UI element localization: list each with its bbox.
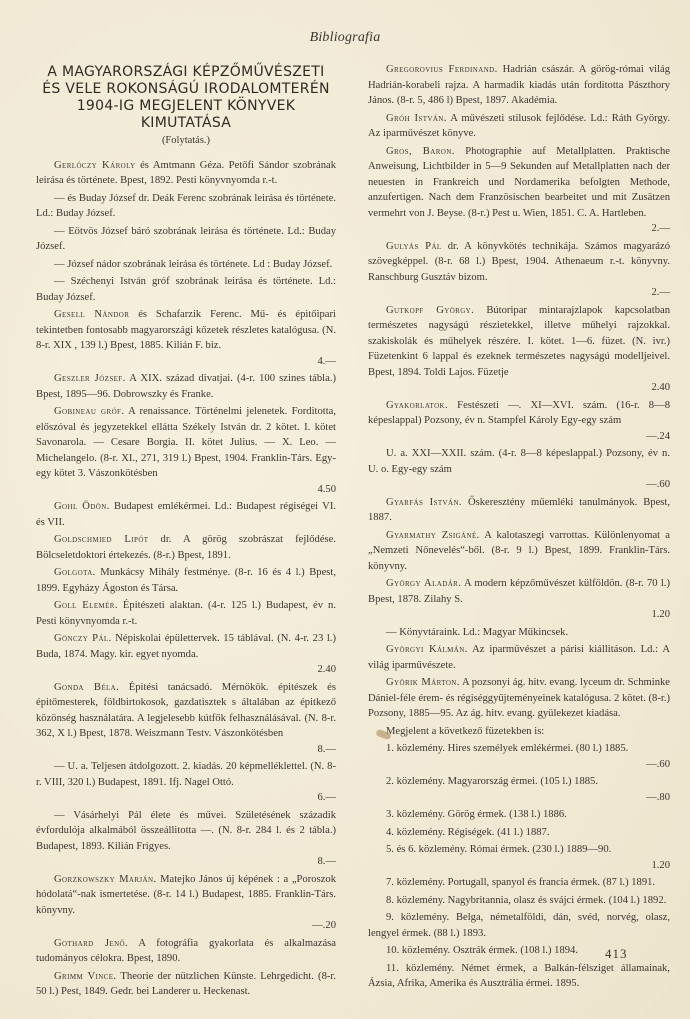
running-head: Bibliografia xyxy=(0,30,690,46)
bibliography-entry: — Könyvtáraink. Ld.: Magyar Műkincsek. xyxy=(368,625,670,641)
entry-text: 5. és 6. közlemény. Római érmek. (230 l.… xyxy=(386,844,611,855)
entry-text: 3. közlemény. Görög érmek. (138 l.) 1886… xyxy=(386,809,567,820)
entry-text: — és Buday József dr. Deák Ferenc szobrá… xyxy=(36,193,336,220)
entry-price: —.60 xyxy=(368,757,670,773)
entry-author: Gros, Baron. xyxy=(386,146,455,157)
entry-author: Goll Elemér. xyxy=(54,600,118,611)
bibliography-entry: Megjelent a következő füzetekben is: xyxy=(368,724,670,740)
entry-text: — József nádor szobrának leirása és tört… xyxy=(54,259,332,270)
bibliography-entry: 8. közlemény. Nagybritannia, olasz és sv… xyxy=(368,893,670,909)
entry-author: Györik Márton. xyxy=(386,677,460,688)
bibliography-entry: Gobineau gróf. A renaissance. Történelmi… xyxy=(36,404,336,497)
right-column: Gregorovius Ferdinand. Hadrián császár. … xyxy=(368,62,670,994)
left-entries: Gerlóczy Károly és Amtmann Géza. Petőfi … xyxy=(36,158,336,1000)
entry-author: Györgyi Kálmán. xyxy=(386,644,468,655)
entry-price: —.80 xyxy=(368,790,670,806)
entry-author: Gyarmathy Zsigáné. xyxy=(386,530,480,541)
bibliography-entry: 2. közlemény. Magyarország érmei. (105 l… xyxy=(368,774,670,805)
entry-author: Gulyás Pál xyxy=(386,241,442,252)
entry-price: 4.— xyxy=(36,354,336,370)
bibliography-entry: Gutkopf György. Bútoripar mintarajzlapok… xyxy=(368,303,670,396)
entry-text: 10. közlemény. Osztrák érmek. (108 l.) 1… xyxy=(386,945,578,956)
entry-author: Gregorovius Ferdinand. xyxy=(386,64,498,75)
bibliography-entry: Gulyás Pál dr. A könyvkötés technikája. … xyxy=(368,239,670,301)
entry-author: Gróh István. xyxy=(386,113,447,124)
bibliography-entry: Gothard Jenő. A fotográfia gyakorlata és… xyxy=(36,936,336,967)
entry-author: Golgota. xyxy=(54,567,96,578)
entry-author: Gorzkowszky Marján. xyxy=(54,874,157,885)
bibliography-entry: Geszler József. A XIX. század divatjai. … xyxy=(36,371,336,402)
entry-price: 2.— xyxy=(368,285,670,301)
bibliography-entry: Goldschmied Lipót dr. A görög szobrászat… xyxy=(36,532,336,563)
bibliography-entry: Györgyi Kálmán. Az iparművészet a párisi… xyxy=(368,642,670,673)
entry-text: 1. közlemény. Hires személyek emlékérmei… xyxy=(386,743,628,754)
entry-author: Gobineau gróf. xyxy=(54,406,124,417)
entry-price: 4.50 xyxy=(36,482,336,498)
entry-author: Gyarfás István. xyxy=(386,497,462,508)
subtitle: (Folytatás.) xyxy=(36,133,336,149)
entry-author: Gyakorlatok. xyxy=(386,400,448,411)
entry-text: 9. közlemény. Belga, németalföldi, dán, … xyxy=(368,912,670,939)
bibliography-entry: U. a. XXI—XXII. szám. (4-r. 8—8 képeslap… xyxy=(368,446,670,493)
entry-author: Grimm Vince. xyxy=(54,971,116,982)
bibliography-entry: Gróh István. A művészeti stilusok fejlőd… xyxy=(368,111,670,142)
entry-text: 7. közlemény. Portugall, spanyol és fran… xyxy=(386,877,655,888)
entry-author: Gesell Nándor xyxy=(54,309,129,320)
bibliography-entry: 3. közlemény. Görög érmek. (138 l.) 1886… xyxy=(368,807,670,823)
left-column: A Magyarországi Képzőművészeti és vele r… xyxy=(36,62,336,1002)
bibliography-entry: 9. közlemény. Belga, németalföldi, dán, … xyxy=(368,910,670,941)
bibliography-entry: 5. és 6. közlemény. Római érmek. (230 l.… xyxy=(368,842,670,873)
entry-author: Gothard Jenő. xyxy=(54,938,128,949)
entry-price: 1.20 xyxy=(368,858,670,874)
entry-text: 8. közlemény. Nagybritannia, olasz és sv… xyxy=(386,895,666,906)
entry-author: Gönczy Pál. xyxy=(54,633,112,644)
bibliography-entry: Györik Márton. A pozsonyi ág. hitv. evan… xyxy=(368,675,670,722)
bibliography-entry: Gohl Ödön. Budapest emlékérmei. Ld.: Bud… xyxy=(36,499,336,530)
bibliography-entry: — József nádor szobrának leirása és tört… xyxy=(36,257,336,273)
entry-author: Gutkopf György. xyxy=(386,305,474,316)
entry-text: — Eötvös József báró szobrának leirása é… xyxy=(36,226,336,253)
entry-price: 8.— xyxy=(36,742,336,758)
bibliography-entry: Gerlóczy Károly és Amtmann Géza. Petőfi … xyxy=(36,158,336,189)
bibliography-entry: Gyakorlatok. Festészeti —. XI—XVI. szám.… xyxy=(368,398,670,445)
entry-price: 2.— xyxy=(368,221,670,237)
bibliography-entry: 4. közlemény. Régiségek. (41 l.) 1887. xyxy=(368,825,670,841)
entry-author: Gohl Ödön. xyxy=(54,501,110,512)
bibliography-entry: — Vásárhelyi Pál élete és művei. Születé… xyxy=(36,808,336,870)
bibliography-entry: Gönczy Pál. Népiskolai épülettervek. 15 … xyxy=(36,631,336,678)
bibliography-entry: Gyarmathy Zsigáné. A kalotaszegi varrott… xyxy=(368,528,670,575)
entry-price: 2.40 xyxy=(36,662,336,678)
entry-text: 2. közlemény. Magyarország érmei. (105 l… xyxy=(386,776,598,787)
bibliography-entry: Gonda Béla. Épitési tanácsadó. Mérnökök.… xyxy=(36,680,336,758)
bibliography-entry: Gesell Nándor és Schafarzik Ferenc. Mű- … xyxy=(36,307,336,369)
entry-price: 2.40 xyxy=(368,380,670,396)
entry-text: — U. a. Teljesen átdolgozott. 2. kiadás.… xyxy=(36,761,336,788)
bibliography-entry: Gyarfás István. Őskeresztény műemléki ta… xyxy=(368,495,670,526)
bibliography-entry: 7. közlemény. Portugall, spanyol és fran… xyxy=(368,875,670,891)
bibliography-entry: Goll Elemér. Épitészeti alaktan. (4-r. 1… xyxy=(36,598,336,629)
entry-author: György Aladár. xyxy=(386,578,461,589)
page-title: A Magyarországi Képzőművészeti és vele r… xyxy=(36,64,336,132)
page-number: 413 xyxy=(605,946,628,962)
bibliography-entry: — Eötvös József báró szobrának leirása é… xyxy=(36,224,336,255)
bibliography-entry: Golgota. Munkácsy Mihály festménye. (8-r… xyxy=(36,565,336,596)
entry-price: —.24 xyxy=(368,429,670,445)
entry-text: — Vásárhelyi Pál élete és művei. Születé… xyxy=(36,810,336,852)
entry-text: — Széchenyi István gróf szobrának leirás… xyxy=(36,276,336,303)
entry-text: 4. közlemény. Régiségek. (41 l.) 1887. xyxy=(386,827,549,838)
entry-price: —.20 xyxy=(36,918,336,934)
bibliography-entry: Grimm Vince. Theorie der nützlichen Küns… xyxy=(36,969,336,1000)
entry-text: 11. közlemény. Német érmek, a Balkán-fél… xyxy=(368,963,670,990)
right-entries: Gregorovius Ferdinand. Hadrián császár. … xyxy=(368,62,670,992)
entry-price: 8.— xyxy=(36,854,336,870)
entry-author: Geszler József. xyxy=(54,373,126,384)
bibliography-entry: Gregorovius Ferdinand. Hadrián császár. … xyxy=(368,62,670,109)
entry-text: Megjelent a következő füzetekben is: xyxy=(386,726,544,737)
entry-text: U. a. XXI—XXII. szám. (4-r. 8—8 képeslap… xyxy=(368,448,670,475)
entry-price: 1.20 xyxy=(368,607,670,623)
entry-author: Gerlóczy Károly xyxy=(54,160,136,171)
entry-price: —.60 xyxy=(368,477,670,493)
entry-price: 6.— xyxy=(36,790,336,806)
bibliography-entry: György Aladár. A modern képzőművészet kü… xyxy=(368,576,670,623)
bibliography-entry: 11. közlemény. Német érmek, a Balkán-fél… xyxy=(368,961,670,992)
entry-author: Gonda Béla. xyxy=(54,682,119,693)
bibliography-entry: — U. a. Teljesen átdolgozott. 2. kiadás.… xyxy=(36,759,336,806)
bibliography-entry: — Széchenyi István gróf szobrának leirás… xyxy=(36,274,336,305)
bibliography-entry: 1. közlemény. Hires személyek emlékérmei… xyxy=(368,741,670,772)
bibliography-entry: — és Buday József dr. Deák Ferenc szobrá… xyxy=(36,191,336,222)
entry-author: Goldschmied Lipót xyxy=(54,534,148,545)
bibliography-entry: Gros, Baron. Photographie auf Metallplat… xyxy=(368,144,670,237)
entry-text: — Könyvtáraink. Ld.: Magyar Műkincsek. xyxy=(386,627,568,638)
bibliography-entry: Gorzkowszky Marján. Matejko János új kép… xyxy=(36,872,336,934)
